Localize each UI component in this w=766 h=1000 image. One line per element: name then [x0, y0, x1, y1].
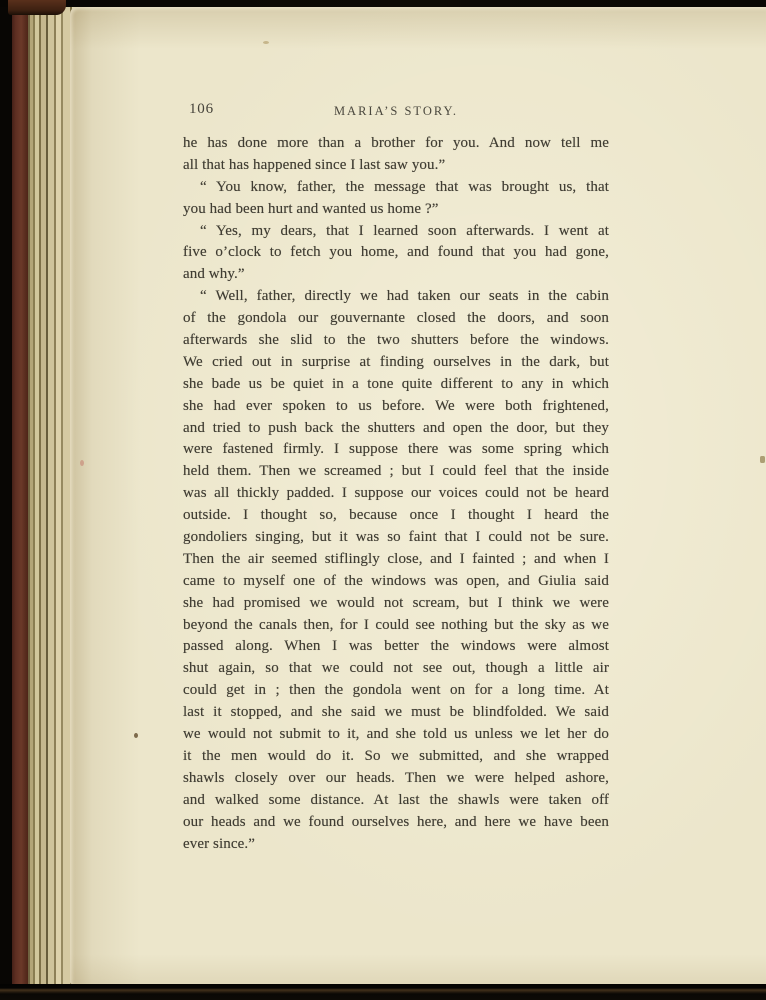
running-title: MARIA’S STORY.	[183, 104, 609, 119]
photo-bottom-edge	[0, 984, 766, 1000]
text-line: all that has happened since I last saw y…	[183, 155, 609, 177]
text-line: “ Yes, my dears, that I learned soon aft…	[183, 221, 609, 243]
scanned-book-photo: 106 MARIA’S STORY. he has done more than…	[0, 0, 766, 1000]
text-line: and walked some distance. At last the sh…	[183, 790, 609, 812]
text-line: she had promised we would not scream, bu…	[183, 593, 609, 615]
text-line: came to myself one of the windows was op…	[183, 571, 609, 593]
photo-background	[0, 0, 12, 1000]
text-line: “ You know, father, the message that was…	[183, 177, 609, 199]
text-line: she had ever spoken to us before. We wer…	[183, 396, 609, 418]
text-line: you had been hurt and wanted us home ?”	[183, 199, 609, 221]
text-line: shut again, so that we could not see out…	[183, 658, 609, 680]
text-line: ever since.”	[183, 834, 609, 856]
text-line: and tried to push back the shutters and …	[183, 418, 609, 440]
text-line: last it stopped, and she said we must be…	[183, 702, 609, 724]
text-line: shawls closely over our heads. Then we w…	[183, 768, 609, 790]
book-cover-corner	[8, 0, 66, 15]
paper-speck	[263, 41, 269, 44]
page-header: 106 MARIA’S STORY.	[183, 101, 609, 121]
text-line: “ Well, father, directly we had taken ou…	[183, 286, 609, 308]
text-line: we would not submit to it, and she told …	[183, 724, 609, 746]
text-line: beyond the canals then, for I could see …	[183, 615, 609, 637]
text-line: was all thickly padded. I suppose our vo…	[183, 483, 609, 505]
text-line: of the gondola our gouvernante closed th…	[183, 308, 609, 330]
text-line: could get in ; then the gondola went on …	[183, 680, 609, 702]
photo-top-edge	[0, 0, 766, 7]
text-line: she bade us be quiet in a tone quite dif…	[183, 374, 609, 396]
text-line: We cried out in surprise at finding ours…	[183, 352, 609, 374]
paper-speck	[80, 460, 84, 466]
text-line: five o’clock to fetch you home, and foun…	[183, 242, 609, 264]
text-line: and why.”	[183, 264, 609, 286]
text-line: afterwards she slid to the two shutters …	[183, 330, 609, 352]
book-page: 106 MARIA’S STORY. he has done more than…	[70, 7, 766, 984]
body-text: he has done more than a brother for you.…	[183, 133, 609, 855]
text-line: outside. I thought so, because once I th…	[183, 505, 609, 527]
text-line: gondoliers singing, but it was so faint …	[183, 527, 609, 549]
paper-speck	[760, 456, 765, 463]
text-line: our heads and we found ourselves here, a…	[183, 812, 609, 834]
text-line: it the men would do it. So we submitted,…	[183, 746, 609, 768]
text-line: he has done more than a brother for you.…	[183, 133, 609, 155]
text-line: Then the air seemed stiflingly close, an…	[183, 549, 609, 571]
text-line: were fastened firmly. I suppose there wa…	[183, 439, 609, 461]
text-line: passed along. When I was better the wind…	[183, 636, 609, 658]
paper-speck	[134, 733, 138, 738]
text-line: held them. Then we screamed ; but I coul…	[183, 461, 609, 483]
